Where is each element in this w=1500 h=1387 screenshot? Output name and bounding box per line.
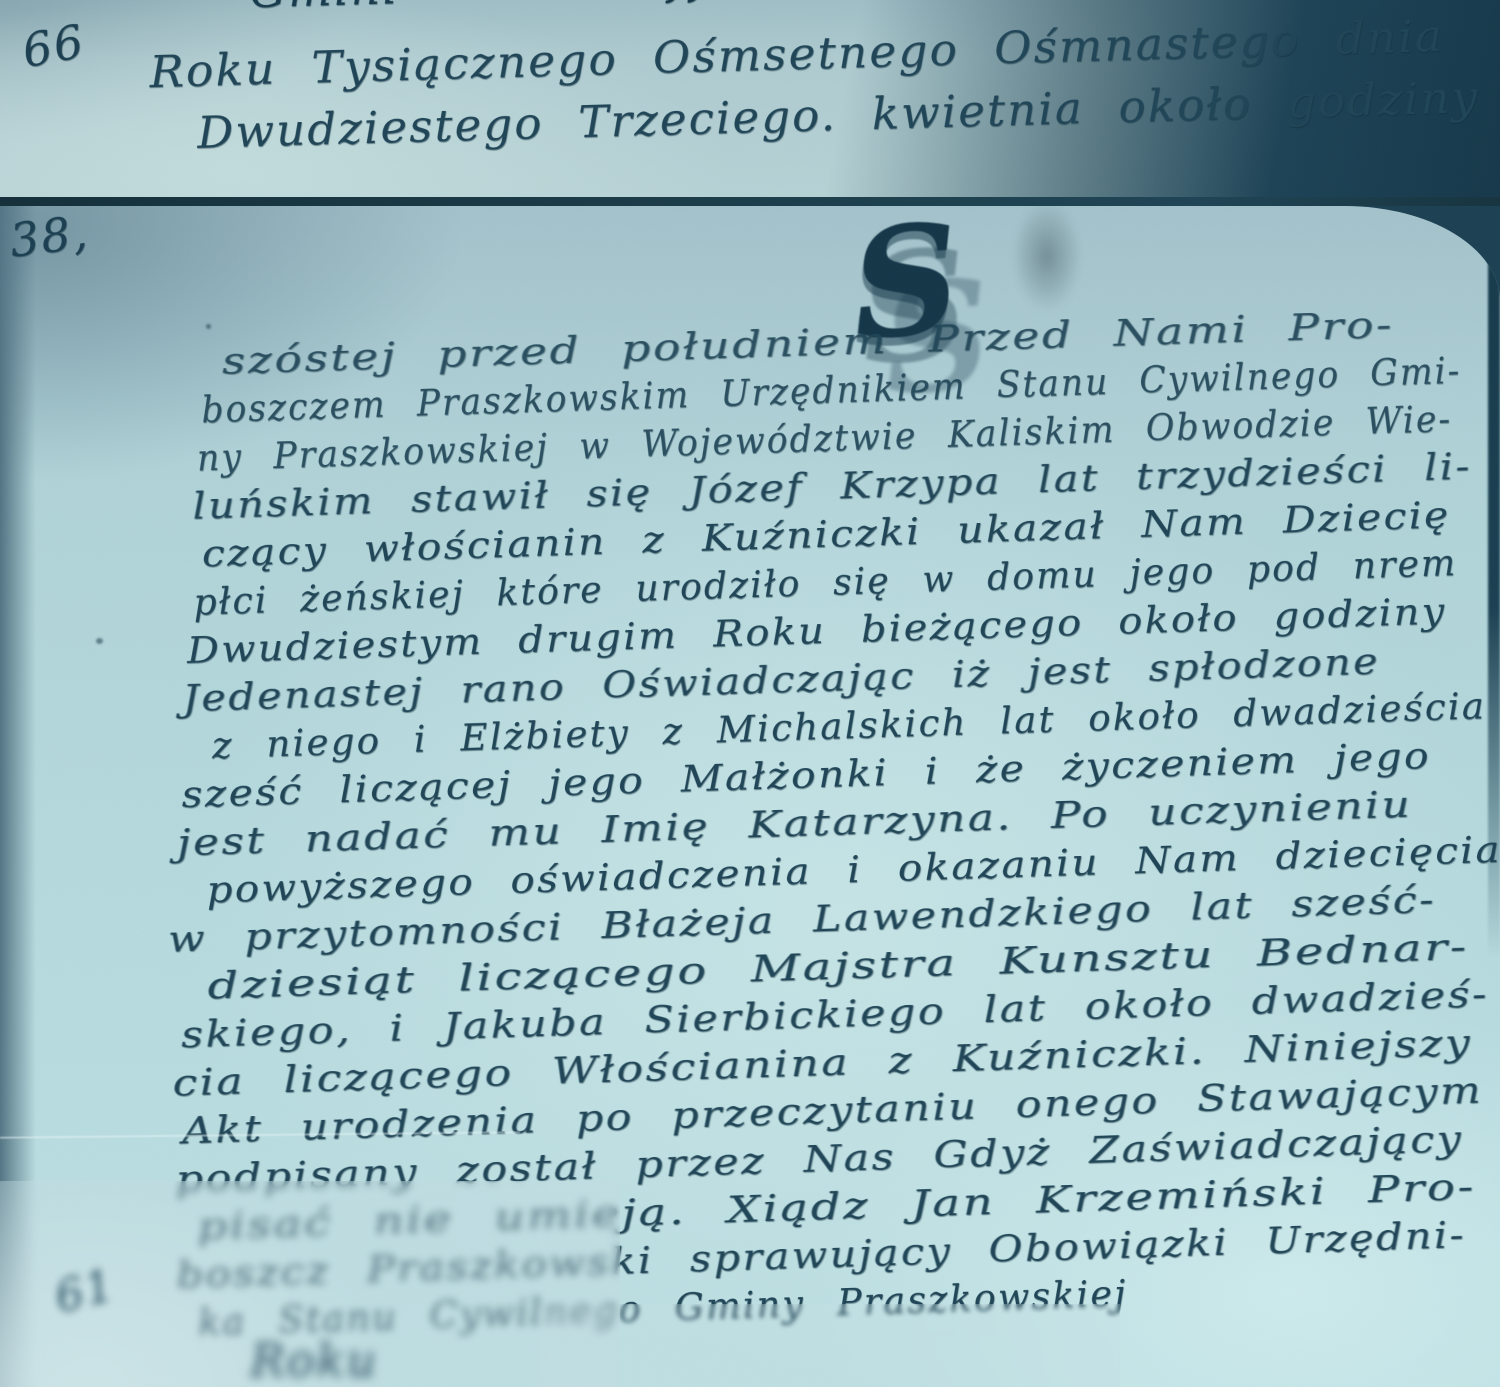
document-scan: 66 Gmini Heffma Roku Tysiącznego Ośmsetn… <box>0 0 1500 1387</box>
ink-speck <box>206 324 211 329</box>
ink-speck <box>96 638 103 644</box>
frame-divider <box>0 197 1500 206</box>
record-page: 38, S szóstej przed południem Przed Nami… <box>0 206 1500 1387</box>
next-record-number-blurred: 61 <box>51 1263 120 1320</box>
cutoff-handwriting-fragment-left: Gmini <box>249 0 400 14</box>
out-of-focus-zone-secondary <box>540 1304 1120 1387</box>
film-right-edge <box>1488 206 1500 1006</box>
record-number: 66 <box>19 18 89 75</box>
strip-rotation-wrap: 66 Gmini Heffma Roku Tysiącznego Ośmsetn… <box>0 0 1500 197</box>
next-record-start-blurred: Roku <box>250 1337 378 1383</box>
cutoff-handwriting-fragment-right: Heffma <box>584 0 800 3</box>
previous-frame-strip: 66 Gmini Heffma Roku Tysiącznego Ośmsetn… <box>0 0 1500 197</box>
out-of-focus-zone: 61 Roku <box>0 1181 620 1387</box>
